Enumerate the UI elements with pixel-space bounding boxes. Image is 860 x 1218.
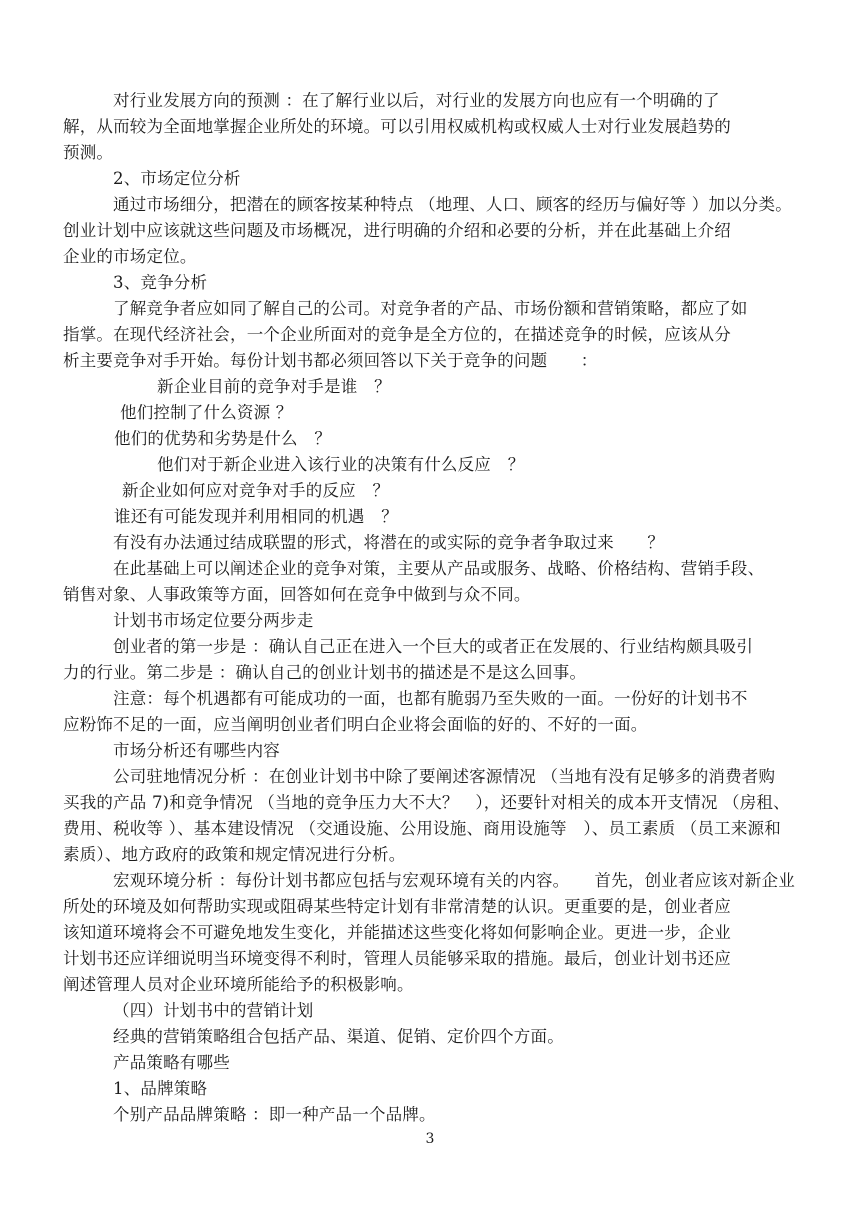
text-line: 产品策略有哪些	[63, 1050, 808, 1076]
text-line: 解，从而较为全面地掌握企业所处的环境。可以引用权威机构或权威人士对行业发展趋势的	[63, 114, 808, 140]
text-line: 计划书还应详细说明当环境变得不利时，管理人员能够采取的措施。最后，创业计划书还应	[63, 946, 808, 972]
text-line: 计划书市场定位要分两步走	[63, 608, 808, 634]
text-line: 所处的环境及如何帮助实现或阻碍某些特定计划有非常清楚的认识。更重要的是，创业者应	[63, 894, 808, 920]
text-line: 析主要竞争对手开始。每份计划书都必须回答以下关于竞争的问题 ：	[63, 348, 808, 374]
text-line: （四）计划书中的营销计划	[63, 998, 808, 1024]
document-text-body: 对行业发展方向的预测 ：在了解行业以后，对行业的发展方向也应有一个明确的了解，从…	[63, 88, 808, 1128]
document-page: 对行业发展方向的预测 ：在了解行业以后，对行业的发展方向也应有一个明确的了解，从…	[0, 0, 860, 1218]
text-line: 新企业如何应对竞争对手的反应 ？	[63, 478, 808, 504]
text-line: 个别产品品牌策略 ：即一种产品一个品牌。	[63, 1102, 808, 1128]
text-line: 有没有办法通过结成联盟的形式，将潜在的或实际的竞争者争取过来 ？	[63, 530, 808, 556]
text-line: 该知道环境将会不可避免地发生变化，并能描述这些变化将如何影响企业。更进一步，企业	[63, 920, 808, 946]
text-line: 指掌。在现代经济社会，一个企业所面对的竞争是全方位的，在描述竞争的时候，应该从分	[63, 322, 808, 348]
text-line: 创业计划中应该就这些问题及市场概况，进行明确的介绍和必要的分析，并在此基础上介绍	[63, 218, 808, 244]
text-line: 对行业发展方向的预测 ：在了解行业以后，对行业的发展方向也应有一个明确的了	[63, 88, 808, 114]
text-line: 3、竞争分析	[63, 270, 808, 296]
text-line: 应粉饰不足的一面，应当阐明创业者们明白企业将会面临的好的、不好的一面。	[63, 712, 808, 738]
text-line: 买我的产品 7)和竞争情况 （当地的竞争压力大不大？ ），还要针对相关的成本开支…	[63, 790, 808, 816]
text-line: 市场分析还有哪些内容	[63, 738, 808, 764]
text-line: 2、市场定位分析	[63, 166, 808, 192]
text-line: 力的行业。第二步是 ：确认自己的创业计划书的描述是不是这么回事。	[63, 660, 808, 686]
text-line: 企业的市场定位。	[63, 244, 808, 270]
text-line: 谁还有可能发现并利用相同的机遇 ？	[63, 504, 808, 530]
text-line: 通过市场细分，把潜在的顾客按某种特点 （地理、人口、顾客的经历与偏好等 ）加以分…	[63, 192, 808, 218]
text-line: 他们的优势和劣势是什么 ？	[63, 426, 808, 452]
text-line: 创业者的第一步是 ：确认自己正在进入一个巨大的或者正在发展的、行业结构颇具吸引	[63, 634, 808, 660]
text-line: 预测。	[63, 140, 808, 166]
text-line: 经典的营销策略组合包括产品、渠道、促销、定价四个方面。	[63, 1024, 808, 1050]
text-line: 他们控制了什么资源 ？	[63, 400, 808, 426]
text-line: 阐述管理人员对企业环境所能给予的积极影响。	[63, 972, 808, 998]
text-line: 1、品牌策略	[63, 1076, 808, 1102]
text-line: 素质）、地方政府的政策和规定情况进行分析。	[63, 842, 808, 868]
text-line: 他们对于新企业进入该行业的决策有什么反应 ？	[63, 452, 808, 478]
text-line: 费用、税收等 ）、基本建设情况 （交通设施、公用设施、商用设施等 ）、员工素质 …	[63, 816, 808, 842]
text-line: 公司驻地情况分析 ：在创业计划书中除了要阐述客源情况 （当地有没有足够多的消费者…	[63, 764, 808, 790]
text-line: 了解竞争者应如同了解自己的公司。对竞争者的产品、市场份额和营销策略，都应了如	[63, 296, 808, 322]
text-line: 宏观环境分析 ：每份计划书都应包括与宏观环境有关的内容。 首先，创业者应该对新企…	[63, 868, 808, 894]
text-line: 新企业目前的竞争对手是谁 ？	[63, 374, 808, 400]
text-line: 在此基础上可以阐述企业的竞争对策，主要从产品或服务、战略、价格结构、营销手段、	[63, 556, 808, 582]
page-number: 3	[0, 1131, 860, 1147]
text-line: 注意：每个机遇都有可能成功的一面，也都有脆弱乃至失败的一面。一份好的计划书不	[63, 686, 808, 712]
text-line: 销售对象、人事政策等方面，回答如何在竞争中做到与众不同。	[63, 582, 808, 608]
